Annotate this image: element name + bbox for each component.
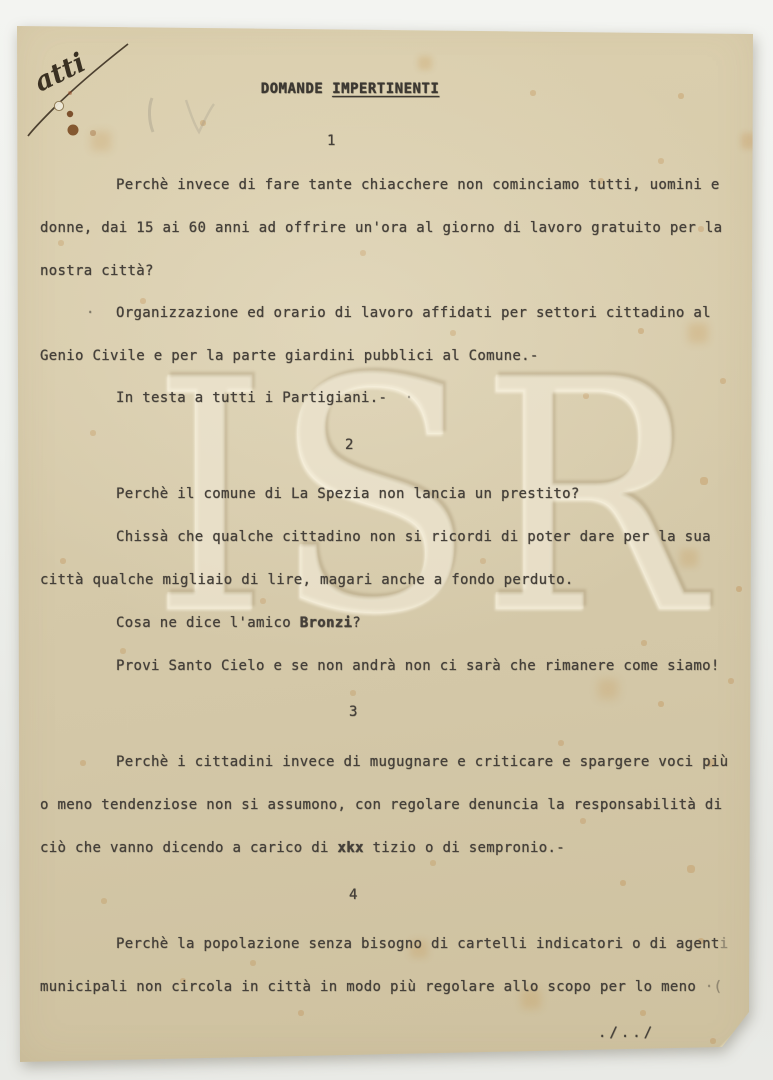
typed-line: In testa a tutti i Partigiani.- ·	[40, 391, 413, 406]
foxing-stains	[0, 0, 2, 2]
typed-line: o meno tendenziose non si assumono, con …	[40, 798, 722, 813]
section-number-2: 2	[345, 438, 354, 453]
section-number-3: 3	[349, 705, 358, 720]
paper-sheet-wrapper: ISR atti DOMANDE IMPERTINENTI1Perchè inv…	[0, 0, 773, 1080]
typed-line: Perchè il comune di La Spezia non lancia…	[40, 487, 580, 502]
typed-line: municipali non circola in città in modo …	[40, 980, 722, 995]
typed-line: donne, dai 15 ai 60 anni ad offrire un'o…	[40, 221, 722, 236]
typed-line: Perchè i cittadini invece di mugugnare e…	[40, 755, 728, 770]
typed-line: Genio Civile e per la parte giardini pub…	[40, 349, 539, 364]
section-number-4: 4	[349, 888, 358, 903]
typed-line: ciò che vanno dicendo a carico di xkx ti…	[40, 841, 565, 856]
document-title: DOMANDE IMPERTINENTI	[40, 82, 660, 97]
typed-line: Chissà che qualche cittadino non si rico…	[40, 530, 711, 545]
continuation-mark: ./../	[598, 1026, 655, 1041]
typed-line: Cosa ne dice l'amico Bronzi?	[40, 616, 361, 631]
typed-line: ·Organizzazione ed orario di lavoro affi…	[40, 306, 711, 321]
typed-line: Provi Santo Cielo e se non andrà non ci …	[40, 659, 720, 674]
typed-line: nostra città?	[40, 264, 154, 279]
paper-sheet: ISR atti DOMANDE IMPERTINENTI1Perchè inv…	[0, 0, 773, 1080]
section-number-1: 1	[327, 134, 336, 149]
typed-line: Perchè la popolazione senza bisogno di c…	[40, 937, 728, 952]
scanned-document-photo: ISR atti DOMANDE IMPERTINENTI1Perchè inv…	[0, 0, 773, 1080]
typed-text-layer: DOMANDE IMPERTINENTI1Perchè invece di fa…	[0, 0, 773, 1080]
typed-line: Perchè invece di fare tante chiacchere n…	[40, 178, 720, 193]
typed-line: città qualche migliaio di lire, magari a…	[40, 573, 574, 588]
stray-dot: ·	[86, 306, 95, 321]
